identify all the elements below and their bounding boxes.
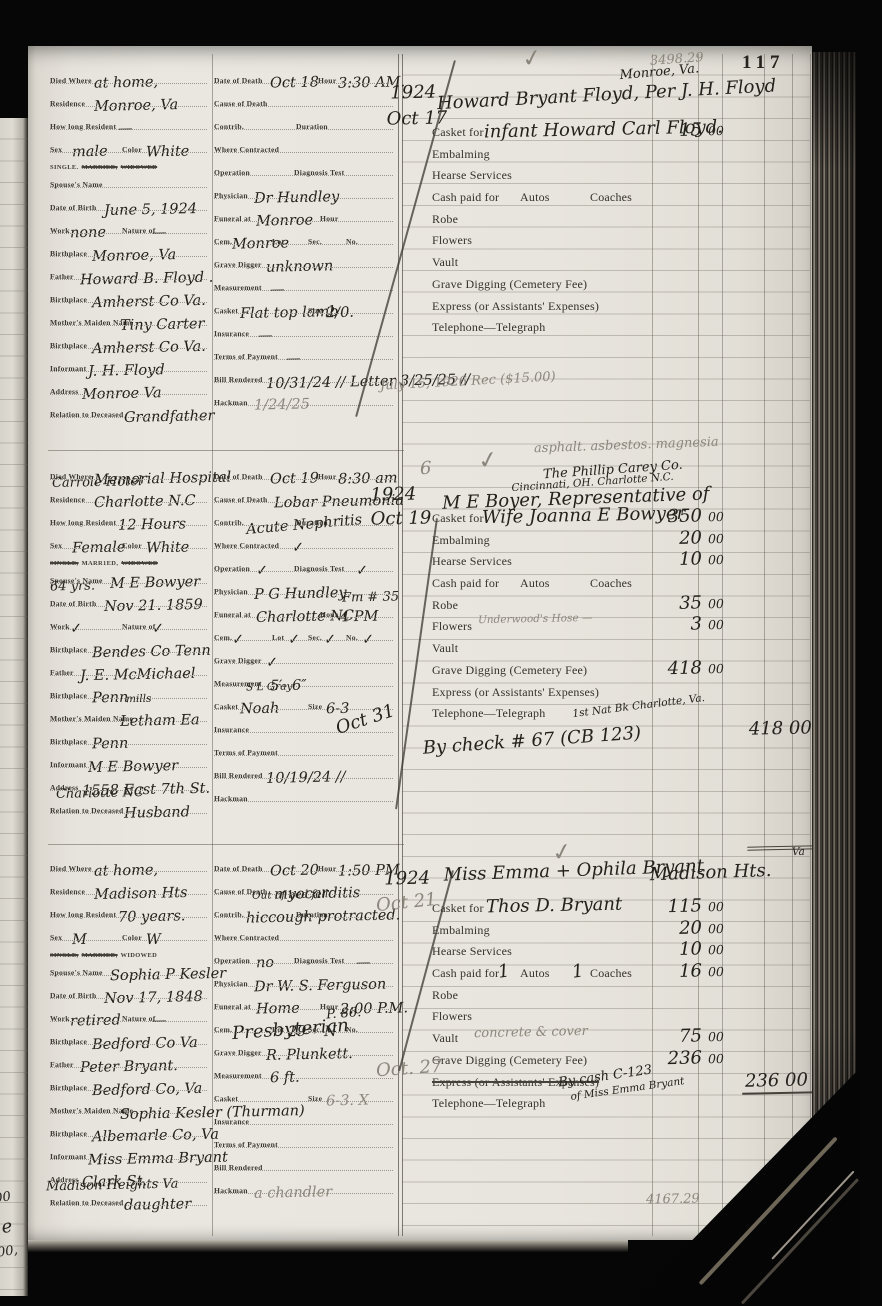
field-label: Died Where (50, 865, 92, 873)
form-field: Work✓Nature of✓ (50, 610, 212, 633)
field-label: Operation (214, 565, 250, 573)
field-label: Duration (296, 911, 328, 919)
form-field: ResidenceMadison Hts (50, 875, 212, 898)
form-field: Hackman1/24/25 (214, 386, 398, 409)
field-label: Where Contracted (214, 934, 279, 942)
form-field: InformantMiss Emma Bryant (50, 1140, 212, 1163)
field-label: Funeral at (214, 611, 251, 619)
form-field: Measurement— (214, 271, 398, 294)
form-field: Insurance— (214, 317, 398, 340)
form-field: Where Contracted (214, 133, 398, 156)
marital-status: SINGLE,MARR1ED,WIDOWED (50, 552, 212, 564)
field-label: Relation to Deceased (50, 807, 123, 815)
left-column: Died Whereat home,ResidenceMonroe, VaHow… (50, 64, 212, 421)
field-label: How long Resident (50, 123, 116, 131)
field-label: Bill Rendered (214, 1164, 263, 1172)
form-field: Contrib.Duration (214, 110, 398, 133)
form-field: Measurement5′- 6″ (214, 667, 398, 690)
form-field: Insurance (214, 1105, 398, 1128)
form-field: Grave DiggerR. Plunkett. (214, 1036, 398, 1059)
field-label: Nature of (122, 623, 156, 631)
form-field: CasketFlat top lambSize2/0. (214, 294, 398, 317)
form-field: Mother's Maiden NameTiny Carter (50, 306, 212, 329)
form-field: Funeral atCharlotte NCHour4 PM (214, 598, 398, 621)
annotation: 6 (420, 458, 432, 479)
field-label: Date of Birth (50, 600, 97, 608)
field-label: Casket (214, 703, 238, 711)
field-label: Spouse's Name (50, 181, 103, 189)
form-field: InformantJ. H. Floyd (50, 352, 212, 375)
field-label: Hour (320, 611, 339, 619)
field-label: Bill Rendered (214, 772, 263, 780)
annotation: Oct 17 (386, 107, 454, 456)
form-field: Died Whereat home, (50, 852, 212, 875)
form-field: BirthplaceBedford Co Va (50, 1025, 212, 1048)
field-value: mills (126, 693, 152, 706)
form-field: SexMColorW (50, 921, 212, 944)
field-label: Diagnosis Test (294, 957, 344, 965)
field-label: Birthplace (50, 738, 87, 746)
form-field: Relation to DeceasedGrandfather (50, 398, 212, 421)
form-field: BirthplacePenn (50, 725, 212, 748)
field-label: Contrib. (214, 911, 244, 919)
form-field: Died Whereat home, (50, 64, 212, 87)
form-field: Funeral atMonroeHour (214, 202, 398, 225)
field-label: Residence (50, 496, 85, 504)
record: Died WhereMemorial HospitalCarrole Hotel… (40, 452, 812, 846)
form-field: BirthplaceAmherst Co Va. (50, 329, 212, 352)
field-label: Grave Digger (214, 261, 262, 269)
form-field: InformantM E Bowyer (50, 748, 212, 771)
marital-status: SINGLE,MARRIED,WIDOWED (50, 944, 212, 956)
form-field: Date of DeathOct 19Hour8:30 am (214, 460, 398, 483)
scanned-ledger-photo: 0 00 e 00, 117 3498.29 4167.29 Died Wher… (0, 0, 882, 1306)
form-field: FatherPeter Bryant. (50, 1048, 212, 1071)
ledger-page: 117 3498.29 4167.29 Died Whereat home,Re… (28, 46, 812, 1240)
field-label: Duration (296, 123, 328, 131)
field-label: Father (50, 669, 74, 677)
field-label: Date of Death (214, 473, 263, 481)
field-label: Sec. (308, 1026, 322, 1034)
form-field: FatherHoward B. Floyd . (50, 260, 212, 283)
field-label: Funeral at (214, 1003, 251, 1011)
field-label: Contrib. (214, 519, 244, 527)
field-label: Contrib. (214, 123, 244, 131)
field-label: Lot (272, 1026, 284, 1034)
field-label: Operation (214, 957, 250, 965)
photo-corner-shadow (628, 1068, 860, 1306)
field-label: Hour (318, 77, 337, 85)
field-label: How long Resident (50, 911, 116, 919)
form-field: Cause of Death (214, 87, 398, 110)
marital-status: SINGLE.MARRIED,WIDOWED (50, 156, 212, 168)
form-field: Date of BirthNov 17, 1848 (50, 979, 212, 1002)
field-label: Date of Birth (50, 992, 97, 1000)
form-field: Grave Diggerunknown (214, 248, 398, 271)
field-label: Birthplace (50, 342, 87, 350)
field-label: Birthplace (50, 250, 87, 258)
field-label: Measurement (214, 1072, 262, 1080)
field-value: Husband (124, 804, 190, 821)
field-label: Birthplace (50, 646, 87, 654)
field-label: Spouse's Name (50, 969, 103, 977)
form-field: BirthplaceAmherst Co Va. (50, 283, 212, 306)
field-label: Size (308, 703, 322, 711)
adjacent-page-sliver: 0 00 e 00, (0, 118, 28, 1296)
form-field: Died WhereMemorial HospitalCarrole Hotel (50, 460, 212, 483)
field-label: Hackman (214, 795, 248, 803)
field-label: Casket (214, 307, 238, 315)
field-label: Operation (214, 169, 250, 177)
form-field: Funeral atHomeHour2:00 P.M. (214, 990, 398, 1013)
annotation: By check # 67 (CB 123) (422, 723, 649, 858)
field-label: Cause of Death (214, 496, 268, 504)
field-value: S L Gray (246, 681, 293, 694)
form-field: Date of BirthNov 21. 1859 (50, 587, 212, 610)
form-field: BirthplaceBendes Co Tenn (50, 633, 212, 656)
annotation: Howard Bryant Floyd, Per J. H. Floyd (436, 75, 794, 464)
form-field: BirthplaceAlbemarle Co, Va (50, 1117, 212, 1140)
field-label: Cem. (214, 1026, 232, 1034)
form-field: Operation✓Diagnosis Test✓ (214, 552, 398, 575)
form-field: How long Resident— (50, 110, 212, 133)
field-label: Informant (50, 1153, 86, 1161)
field-label: Physician (214, 192, 248, 200)
field-label: Grave Digger (214, 1049, 262, 1057)
field-label: Work (50, 623, 70, 631)
field-value: a chandler (254, 1184, 332, 1202)
field-label: Work (50, 1015, 70, 1023)
field-label: Birthplace (50, 1084, 87, 1092)
form-field: Date of DeathOct 18Hour3:30 AM. (214, 64, 398, 87)
field-label: Grave Digger (214, 657, 262, 665)
field-label: Physician (214, 588, 248, 596)
field-label: Diagnosis Test (294, 169, 344, 177)
field-label: Date of Death (214, 77, 263, 85)
form-field: Relation to DeceasedHusband (50, 794, 212, 817)
form-field: BirthplaceBedford Co, Va (50, 1071, 212, 1094)
field-value: 00 (708, 530, 730, 545)
field-label: Sec. (308, 238, 322, 246)
field-label: Work (50, 227, 70, 235)
field-label: Measurement (214, 284, 262, 292)
field-value: 1/24/25 (254, 396, 310, 413)
field-value: Grandfather (124, 408, 215, 426)
form-field: Contrib.hiccough protracted.Out of bed f… (214, 898, 398, 921)
field-label: Casket (214, 1095, 238, 1103)
form-field: FatherJ. E. McMichael (50, 656, 212, 679)
form-field: OperationDiagnosis Test (214, 156, 398, 179)
form-field: CasketSize6-3. X (214, 1082, 398, 1105)
field-label: Color (122, 542, 142, 550)
annotation: ✓ (520, 42, 545, 73)
field-label: Duration (296, 519, 328, 527)
field-label: Father (50, 273, 74, 281)
form-field: Cem.✓Lot✓Sec.✓No.✓ (214, 621, 398, 644)
field-label: Residence (50, 888, 85, 896)
field-label: Size (308, 1095, 322, 1103)
form-field: Grave Digger✓ (214, 644, 398, 667)
field-label: Father (50, 1061, 74, 1069)
annotation: 418 00 (745, 717, 819, 850)
field-label: Nature of (122, 1015, 156, 1023)
field-label: Relation to Deceased (50, 411, 123, 419)
form-field: WorkretiredNature of— (50, 1002, 212, 1025)
field-label: Cem. (214, 238, 232, 246)
field-label: Lot (272, 238, 284, 246)
field-label: Hackman (214, 399, 248, 407)
form-field: ResidenceCharlotte N.C (50, 483, 212, 506)
field-label: Hour (320, 215, 339, 223)
field-label: Address (50, 388, 79, 396)
form-field: Relation to Deceaseddaughter (50, 1186, 212, 1209)
field-label: Date of Death (214, 865, 263, 873)
form-field: Date of BirthJune 5, 1924 (50, 191, 212, 214)
field-value: daughter (124, 1196, 192, 1213)
field-label: Bill Rendered (214, 376, 263, 384)
record: Died Whereat home,ResidenceMonroe, VaHow… (40, 58, 812, 452)
field-label: Birthplace (50, 692, 87, 700)
field-label: Hackman (214, 1187, 248, 1195)
form-field: AddressClark St.Madison Heights Va (50, 1163, 212, 1186)
page-bottom-edge (28, 1240, 628, 1252)
field-label: Size (308, 307, 322, 315)
field-label: Relation to Deceased (50, 1199, 123, 1207)
form-field: SexFemaleColorWhite (50, 529, 212, 552)
form-field: Address1558 East 7th St.Charlotte NC (50, 771, 212, 794)
field-label: Birthplace (50, 1038, 87, 1046)
field-label: Residence (50, 100, 85, 108)
field-label: Color (122, 934, 142, 942)
book-page-edges (812, 52, 856, 1240)
form-field: Mother's Maiden NameLetham Eamills (50, 702, 212, 725)
form-field: WorknoneNature of— (50, 214, 212, 237)
field-label: Sex (50, 542, 62, 550)
field-label: Sex (50, 934, 62, 942)
form-field: AddressMonroe Va (50, 375, 212, 398)
field-label: Where Contracted (214, 542, 279, 550)
form-field: PhysicianDr W. S. Ferguson (214, 967, 398, 990)
field-label: Died Where (50, 77, 92, 85)
field-value: 00 (708, 509, 730, 524)
form-field: Cem.PresbyterianLot29Sec.NNo. (214, 1013, 398, 1036)
form-field: Where Contracted (214, 921, 398, 944)
field-label: Insurance (214, 330, 249, 338)
form-field: Mother's Maiden NameSophia Kesler (Thurm… (50, 1094, 212, 1117)
form-field: How long Resident70 years. (50, 898, 212, 921)
form-field: Measurement6 ft. (214, 1059, 398, 1082)
field-label: Funeral at (214, 215, 251, 223)
field-label: Diagnosis Test (294, 565, 344, 573)
field-label: Hour (318, 865, 337, 873)
field-label: Date of Birth (50, 204, 97, 212)
form-field: SexmaleColorWhite (50, 133, 212, 156)
form-field: Spouse's NameSophia P Kesler (50, 956, 212, 979)
form-field: OperationnoDiagnosis Test— (214, 944, 398, 967)
left-column: Died Whereat home,ResidenceMadison HtsHo… (50, 852, 212, 1209)
field-value: Out of bed fell (252, 888, 329, 902)
form-field: Date of DeathOct 20Hour1:50 PM (214, 852, 398, 875)
field-label: Where Contracted (214, 146, 279, 154)
field-label: Birthplace (50, 1130, 87, 1138)
form-field: ResidenceMonroe, Va (50, 87, 212, 110)
field-label: Terms of Payment (214, 353, 278, 361)
field-label: No. (346, 238, 358, 246)
field-label: Informant (50, 761, 86, 769)
field-label: Nature of (122, 227, 156, 235)
field-label: How long Resident (50, 519, 116, 527)
field-label: Sec. (308, 634, 322, 642)
form-field: PhysicianDr Hundley (214, 179, 398, 202)
field-label: Color (122, 146, 142, 154)
form-field: Spouse's NameM E Bowyer64 yrs. (50, 564, 212, 587)
field-label: Cem. (214, 634, 232, 642)
form-field: Cem.MonroeLotSec.No. (214, 225, 398, 248)
form-field: How long Resident12 Hours (50, 506, 212, 529)
field-label: Sex (50, 146, 62, 154)
left-column: Died WhereMemorial HospitalCarrole Hotel… (50, 460, 212, 817)
field-label: Physician (214, 980, 248, 988)
field-label: Birthplace (50, 296, 87, 304)
field-label: Terms of Payment (214, 1141, 278, 1149)
field-label: Hour (318, 473, 337, 481)
field-label: Terms of Payment (214, 749, 278, 757)
field-label: No. (346, 634, 358, 642)
form-field: BirthplaceMonroe, Va (50, 237, 212, 260)
field-label: Insurance (214, 726, 249, 734)
form-field: PhysicianP G HundleyFm # 35 (214, 575, 398, 598)
field-label: Lot (272, 634, 284, 642)
field-label: Informant (50, 365, 86, 373)
form-field: Spouse's Name (50, 168, 212, 191)
field-label: Insurance (214, 1118, 249, 1126)
field-label: Cause of Death (214, 100, 268, 108)
